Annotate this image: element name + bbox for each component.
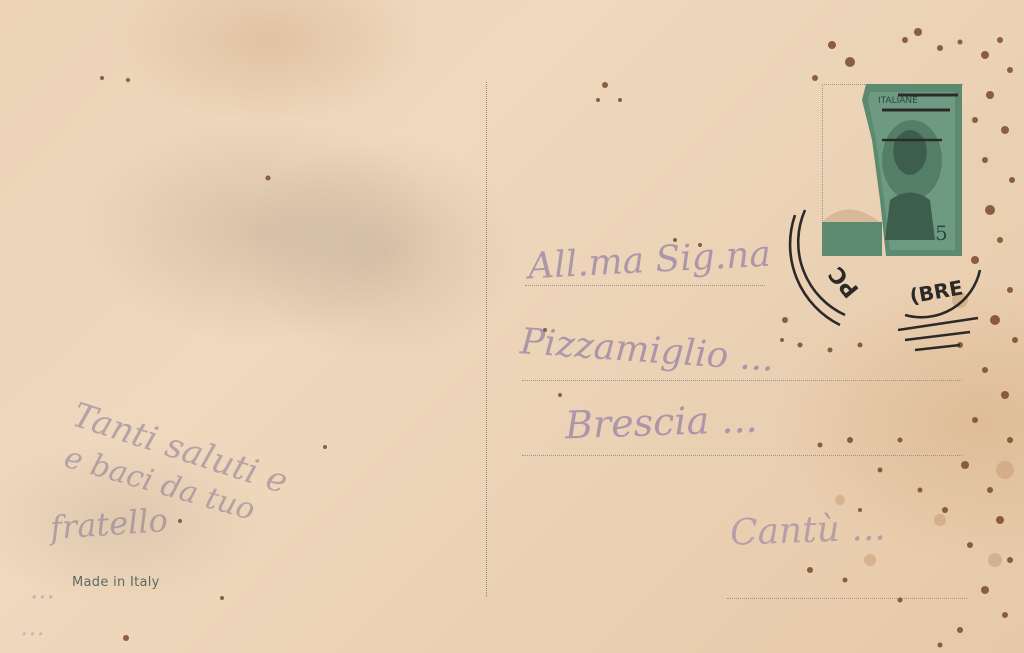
address-province: Cantù ... bbox=[729, 507, 886, 553]
stamp-and-stains-layer: ITALIANE 5 PC (BRE bbox=[0, 0, 1024, 653]
message-line-5: ... bbox=[20, 612, 45, 642]
message-line-4: ... bbox=[30, 575, 55, 605]
postmark-text-1: PC bbox=[824, 261, 864, 302]
stamp-denomination: 5 bbox=[935, 221, 948, 245]
stamp-country-text: ITALIANE bbox=[878, 96, 918, 106]
made-in-italy-imprint: Made in Italy bbox=[72, 575, 160, 590]
address-city: Brescia ... bbox=[564, 397, 758, 448]
postcard-back: ITALIANE 5 PC (BRE All.ma Sig.na Pizzami… bbox=[0, 0, 1024, 653]
